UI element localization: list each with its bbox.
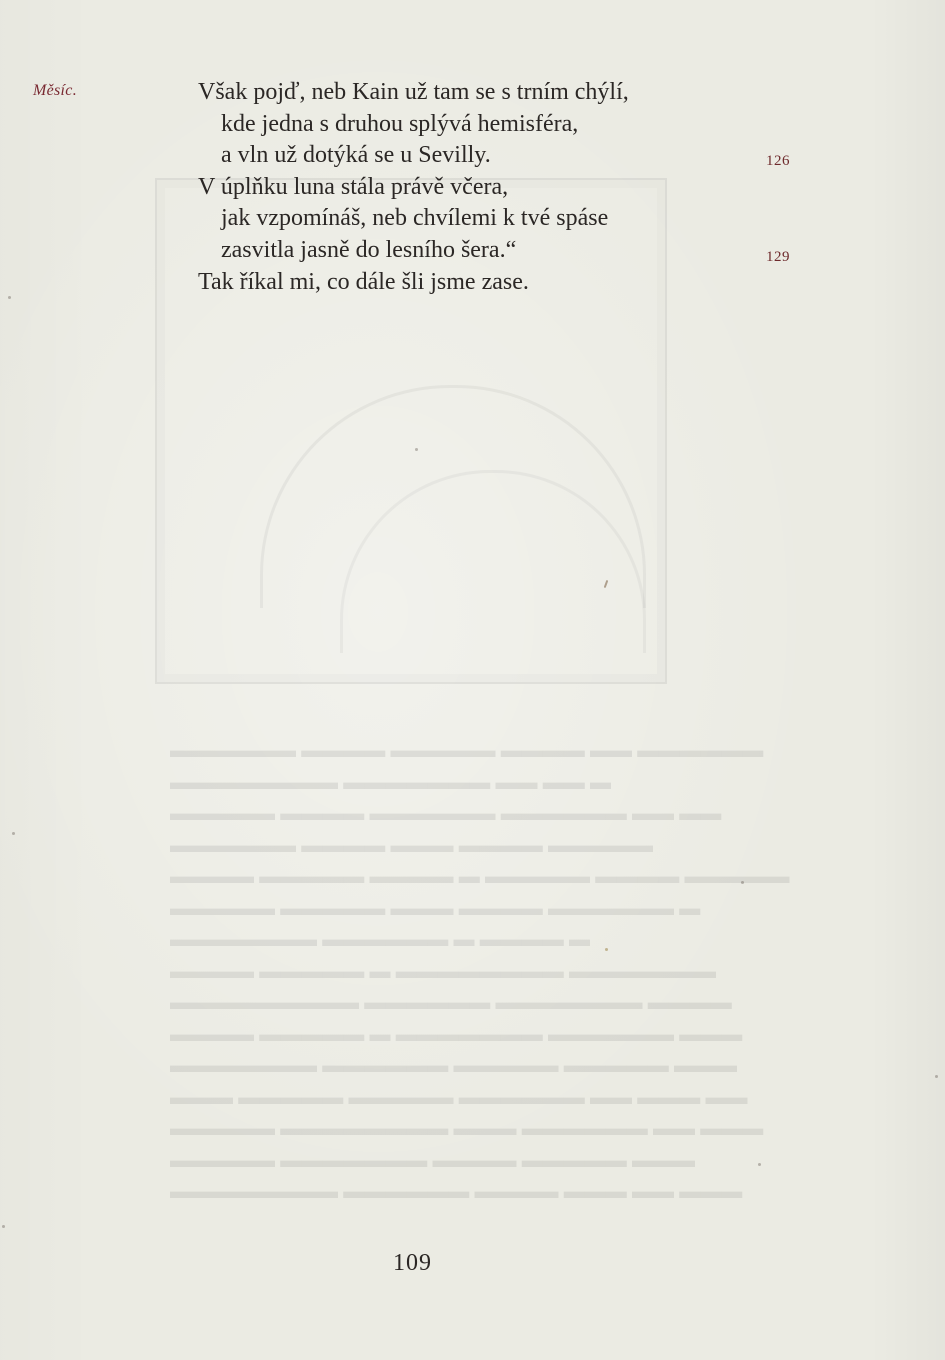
paper-speck xyxy=(2,1225,5,1228)
showthrough-reverse-text: ▬▬▬▬▬▬ ▬▬ ▬▬▬▬ ▬▬▬▬▬ ▬▬▬▬ ▬▬▬▬▬▬ ▬ ▬▬ ▬▬… xyxy=(170,735,820,1208)
line-number-126: 126 xyxy=(766,153,790,170)
verse-line-6: zasvitla jasně do lesního šera.“ xyxy=(198,235,629,267)
verse-block: Však pojď, neb Kain už tam se s trním ch… xyxy=(198,77,629,298)
page-number: 109 xyxy=(393,1250,432,1277)
paper-speck xyxy=(935,1075,938,1078)
margin-note: Měsíc. xyxy=(33,82,77,100)
paper-speck xyxy=(8,296,11,299)
verse-line-7: Tak říkal mi, co dále šli jsme zase. xyxy=(198,267,629,299)
paper-speck xyxy=(12,832,15,835)
line-number-129: 129 xyxy=(766,249,790,266)
book-page: ▬▬▬▬▬▬ ▬▬ ▬▬▬▬ ▬▬▬▬▬ ▬▬▬▬ ▬▬▬▬▬▬ ▬ ▬▬ ▬▬… xyxy=(0,0,945,1360)
paper-speck xyxy=(758,1163,761,1166)
verse-line-1: Však pojď, neb Kain už tam se s trním ch… xyxy=(198,77,629,109)
verse-line-4: V úplňku luna stála právě včera, xyxy=(198,172,629,204)
verse-line-2: kde jedna s druhou splývá hemisféra, xyxy=(198,109,629,141)
paper-speck xyxy=(741,881,744,884)
verse-line-5: jak vzpomínáš, neb chvílemi k tvé spáse xyxy=(198,203,629,235)
verse-line-3: a vln už dotýká se u Sevilly. xyxy=(198,140,629,172)
paper-speck xyxy=(605,948,608,951)
paper-speck xyxy=(415,448,418,451)
